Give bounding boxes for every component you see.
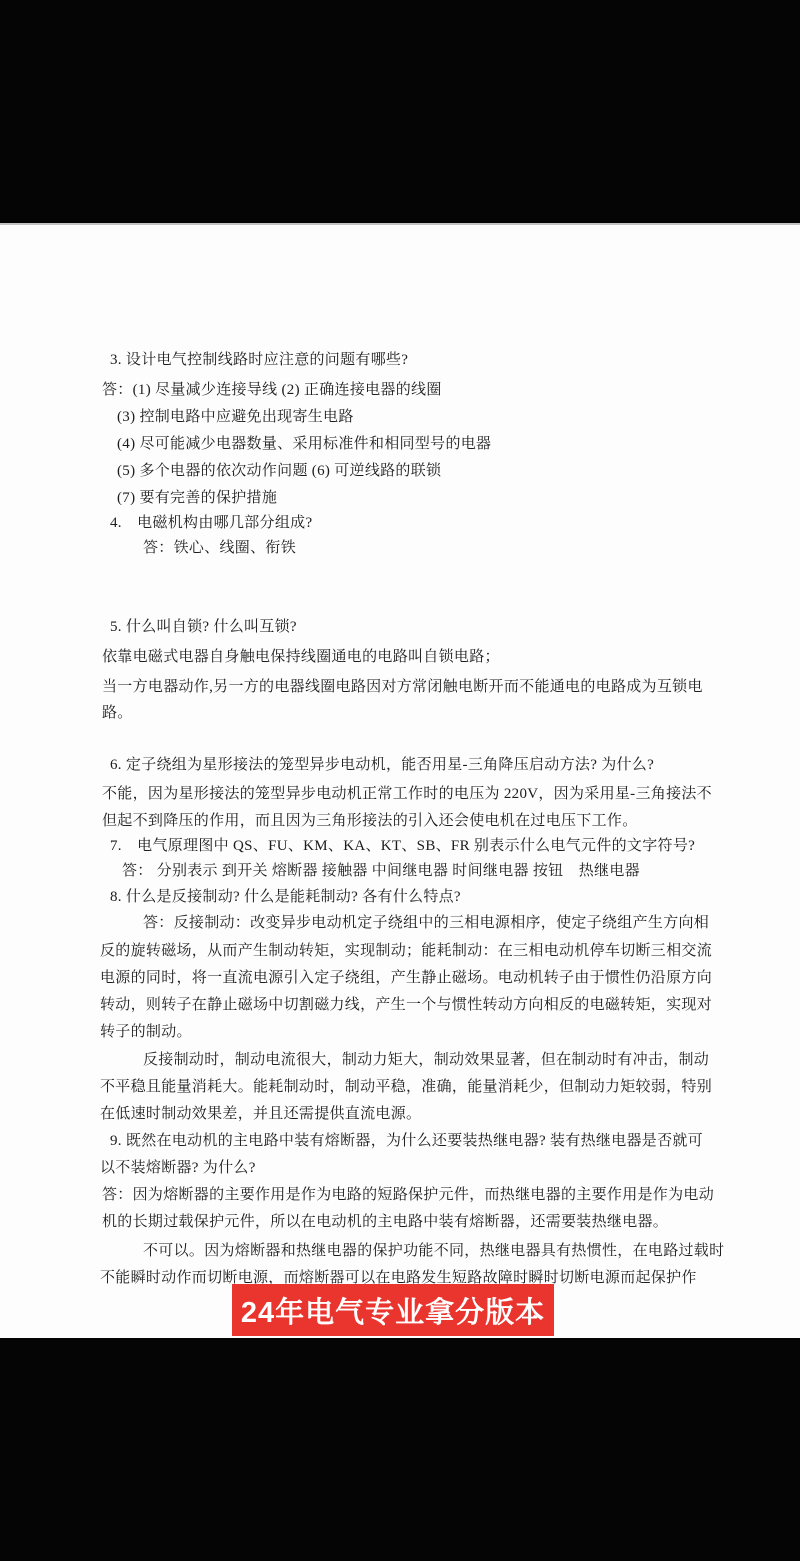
promo-banner-text: 24年电气专业拿分版本 <box>241 1290 545 1331</box>
text-line: 以不装熔断器? 为什么? <box>100 1158 256 1178</box>
text-line: 6. 定子绕组为星形接法的笼型异步电动机，能否用星-三角降压启动方法? 为什么? <box>110 755 654 775</box>
text-line: 答： 分别表示 到开关 熔断器 接触器 中间继电器 时间继电器 按钮 热继电器 <box>122 861 640 881</box>
text-line: 答：(1) 尽量减少连接导线 (2) 正确连接电器的线圈 <box>102 380 442 400</box>
bottom-letterbox <box>0 1338 800 1561</box>
text-line: 转动，则转子在静止磁场中切割磁力线，产生一个与惯性转动方向相反的电磁转矩，实现对 <box>100 995 712 1015</box>
text-line: 4. 电磁机构由哪几部分组成? <box>110 513 312 533</box>
promo-banner: 24年电气专业拿分版本 <box>232 1284 554 1336</box>
text-line: 在低速时制动效果差，并且还需提供直流电源。 <box>100 1104 421 1124</box>
document-page: 3. 设计电气控制线路时应注意的问题有哪些?答：(1) 尽量减少连接导线 (2)… <box>0 225 800 1338</box>
text-line: (3) 控制电路中应避免出现寄生电路 <box>117 407 354 427</box>
text-line: 答：铁心、线圈、衔铁 <box>143 538 296 558</box>
text-line: 电源的同时，将一直流电源引入定子绕组，产生静止磁场。电动机转子由于惯性仍沿原方向 <box>100 968 712 988</box>
text-line: 路。 <box>102 703 133 723</box>
text-line: 当一方电器动作,另一方的电器线圈电路因对方常闭触电断开而不能通电的电路成为互锁电 <box>102 677 703 697</box>
text-line: 5. 什么叫自锁? 什么叫互锁? <box>110 617 297 637</box>
text-line: (4) 尽可能减少电器数量、采用标准件和相同型号的电器 <box>117 434 491 454</box>
text-line: (7) 要有完善的保护措施 <box>117 488 277 508</box>
text-line: 反接制动时，制动电流很大，制动力矩大，制动效果显著，但在制动时有冲击，制动 <box>143 1050 709 1070</box>
text-line: 7. 电气原理图中 QS、FU、KM、KA、KT、SB、FR 别表示什么电气元件… <box>110 836 695 856</box>
text-line: 机的长期过载保护元件，所以在电动机的主电路中装有熔断器，还需要装热继电器。 <box>102 1212 668 1232</box>
text-line: 转子的制动。 <box>100 1022 192 1042</box>
text-line: (5) 多个电器的依次动作问题 (6) 可逆线路的联锁 <box>117 461 441 481</box>
text-line: 答：因为熔断器的主要作用是作为电路的短路保护元件，而热继电器的主要作用是作为电动 <box>102 1185 714 1205</box>
text-line: 3. 设计电气控制线路时应注意的问题有哪些? <box>110 350 408 370</box>
text-line: 依靠电磁式电器自身触电保持线圈通电的电路叫自锁电路； <box>102 647 500 667</box>
text-line: 不能，因为星形接法的笼型异步电动机正常工作时的电压为 220V，因为采用星-三角… <box>102 784 712 804</box>
text-line: 9. 既然在电动机的主电路中装有熔断器，为什么还要装热继电器? 装有热继电器是否… <box>110 1131 703 1151</box>
text-line: 不可以。因为熔断器和热继电器的保护功能不同，热继电器具有热惯性，在电路过载时 <box>143 1241 724 1261</box>
text-line: 但起不到降压的作用，而且因为三角形接法的引入还会使电机在过电压下工作。 <box>102 811 638 831</box>
top-letterbox <box>0 0 800 223</box>
text-line: 反的旋转磁场，从而产生制动转矩，实现制动；能耗制动：在三相电动机停车切断三相交流 <box>100 941 712 961</box>
text-line: 不平稳且能量消耗大。能耗制动时，制动平稳，准确，能量消耗少，但制动力矩较弱，特别 <box>100 1077 712 1097</box>
screenshot-root: 3. 设计电气控制线路时应注意的问题有哪些?答：(1) 尽量减少连接导线 (2)… <box>0 0 800 1561</box>
text-line: 8. 什么是反接制动? 什么是能耗制动? 各有什么特点? <box>110 887 461 907</box>
text-line: 答：反接制动：改变异步电动机定子绕组中的三相电源相序，使定子绕组产生方向相 <box>143 913 709 933</box>
